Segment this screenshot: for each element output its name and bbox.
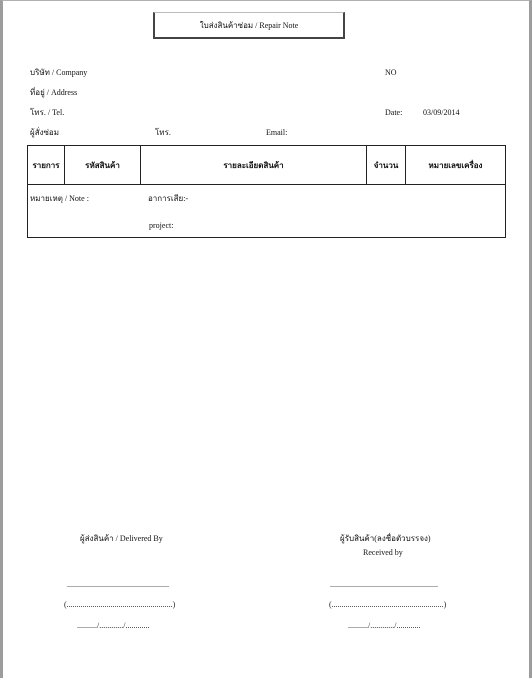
column-header-label: จำนวน xyxy=(374,159,399,172)
received-name-line: (.......................................… xyxy=(329,600,446,609)
received-by-sublabel: Received by xyxy=(363,548,403,558)
no-label: NO xyxy=(385,68,397,78)
note-label: หมายเหตุ / Note : xyxy=(30,194,89,204)
column-header-label: รายการ xyxy=(32,159,59,172)
column-header-product-code: รหัสสินค้า xyxy=(65,146,141,184)
received-signature-line: ........................................… xyxy=(330,580,438,589)
column-header-description: รายละเอียดสินค้า xyxy=(141,146,367,184)
document-title-box: ใบส่งสินค้าซ่อม / Repair Note xyxy=(153,12,345,39)
column-header-label: รหัสสินค้า xyxy=(85,159,120,172)
received-date-line: ........../............/............ xyxy=(348,621,420,630)
items-table: รายการ รหัสสินค้า รายละเอียดสินค้า จำนวน… xyxy=(27,145,506,238)
company-label: บริษัท / Company xyxy=(30,68,87,78)
document-page xyxy=(0,0,532,678)
column-header-label: รายละเอียดสินค้า xyxy=(223,159,283,172)
address-label: ที่อยู่ / Address xyxy=(30,88,77,98)
project-label: project: xyxy=(149,221,173,231)
tel-label: โทร. / Tel. xyxy=(30,108,64,118)
delivered-date-line: ........../............/............ xyxy=(77,621,149,630)
column-header-serial-number: หมายเลขเครื่อง xyxy=(406,146,505,184)
column-header-item: รายการ xyxy=(28,146,65,184)
received-by-label: ผู้รับสินค้า(ลงชื่อตัวบรรจง) xyxy=(340,534,431,544)
sender-label: ผู้สั่งซ่อม xyxy=(30,128,59,138)
table-header-row: รายการ รหัสสินค้า รายละเอียดสินค้า จำนวน… xyxy=(28,146,505,185)
column-header-quantity: จำนวน xyxy=(367,146,406,184)
date-value: 03/09/2014 xyxy=(423,108,459,118)
email-label: Email: xyxy=(266,128,287,138)
delivered-by-label: ผู้ส่งสินค้า / Delivered By xyxy=(80,534,163,544)
document-title: ใบส่งสินค้าซ่อม / Repair Note xyxy=(200,19,299,32)
column-header-label: หมายเลขเครื่อง xyxy=(429,159,483,172)
sender-tel-label: โทร. xyxy=(155,128,171,138)
delivered-signature-line: ........................................… xyxy=(67,580,169,589)
delivered-name-line: (.......................................… xyxy=(64,600,175,609)
symptom-label: อาการเสีย:- xyxy=(148,194,188,204)
date-label: Date: xyxy=(385,108,402,118)
